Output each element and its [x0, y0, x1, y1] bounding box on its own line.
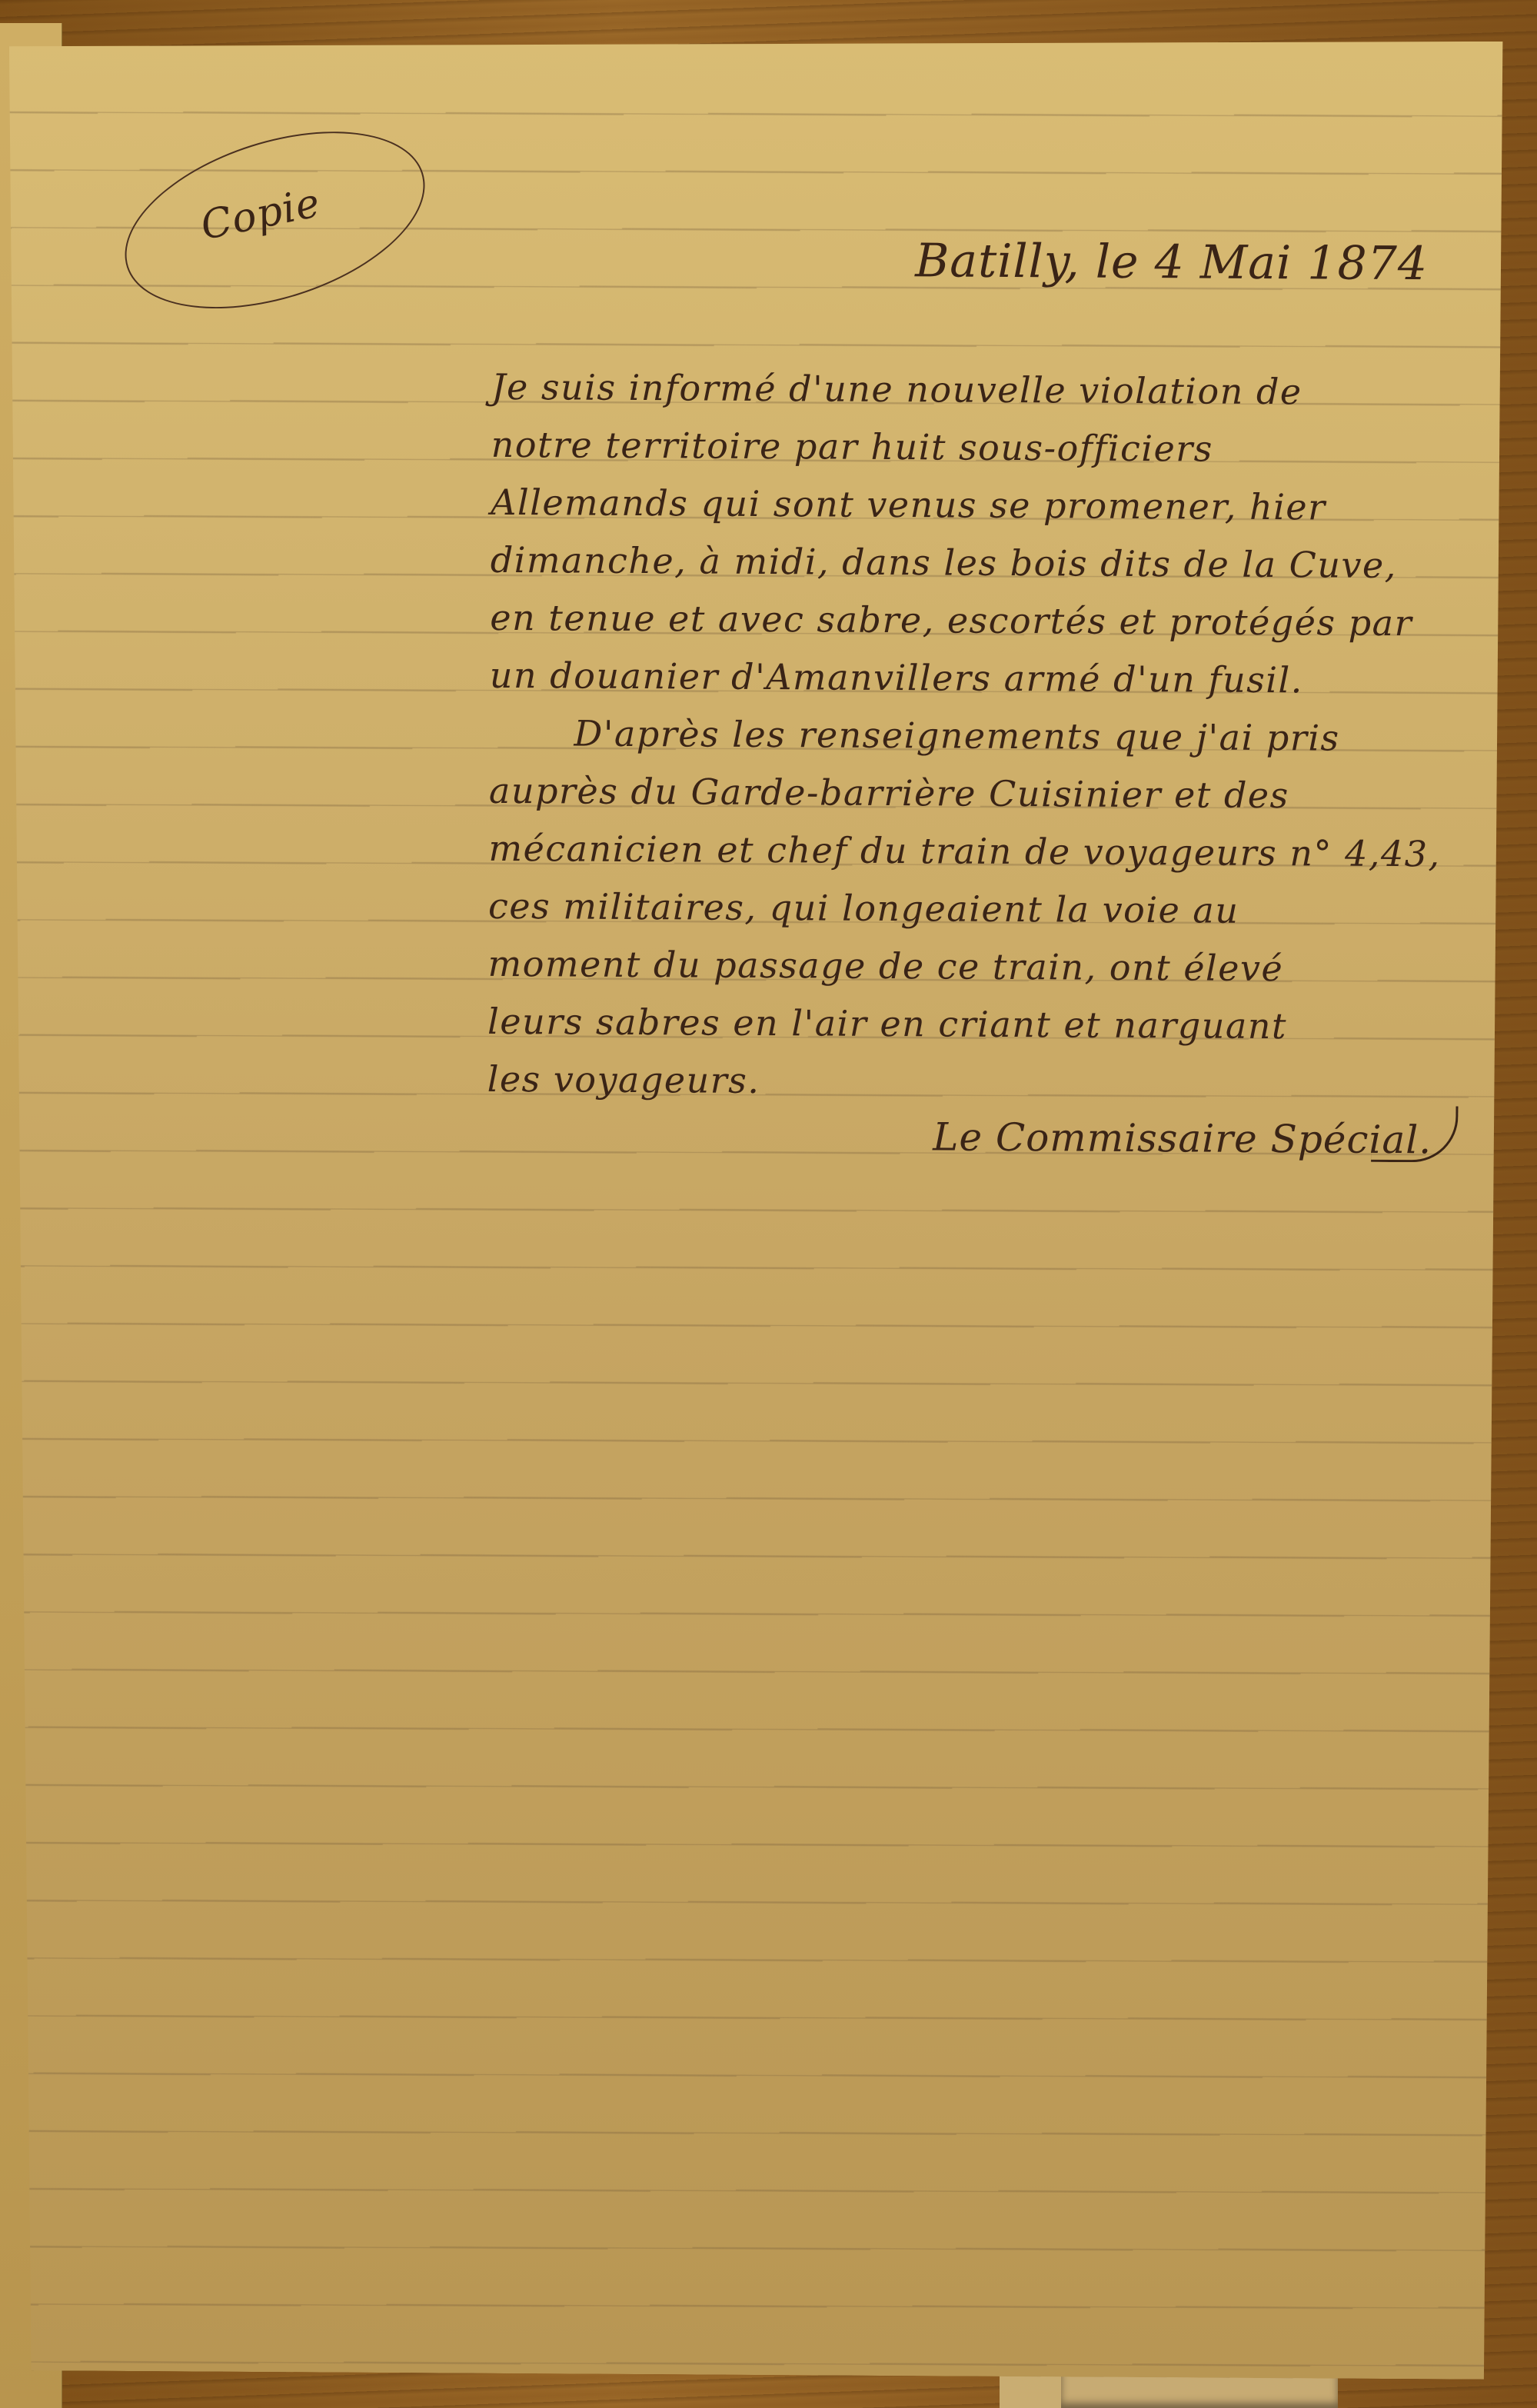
- body-line: les voyageurs.: [487, 1051, 1509, 1114]
- letter-page: Copie Batilly, le 4 Mai 1874 Je suis inf…: [0, 32, 1521, 2380]
- place-and-date: Batilly, le 4 Mai 1874: [915, 234, 1428, 291]
- body-line: notre territoire par huit sous-officiers: [491, 416, 1514, 480]
- body-line: auprès du Garde-barrière Cuisinier et de…: [489, 762, 1512, 826]
- body-line: Je suis informé d'une nouvelle violation…: [491, 358, 1514, 422]
- body-line: D'après les renseignements que j'ai pris: [489, 704, 1512, 768]
- body-line: mécanicien et chef du train de voyageurs…: [488, 820, 1511, 884]
- body-line: leurs sabres en l'air en criant et nargu…: [487, 993, 1510, 1057]
- body-line: Allemands qui sont venus se promener, hi…: [491, 474, 1513, 538]
- signature: Le Commissaire Spécial.: [933, 1114, 1432, 1162]
- body-line: moment du passage de ce train, ont élevé: [487, 935, 1510, 999]
- body-line: dimanche, à midi, dans les bois dits de …: [491, 531, 1513, 595]
- body-line: en tenue et avec sabre, escortés et prot…: [490, 589, 1512, 653]
- letter-body: Je suis informé d'une nouvelle violation…: [487, 358, 1514, 1114]
- body-line: ces militaires, qui longeaient la voie a…: [488, 878, 1511, 941]
- body-line: un douanier d'Amanvillers armé d'un fusi…: [490, 647, 1512, 711]
